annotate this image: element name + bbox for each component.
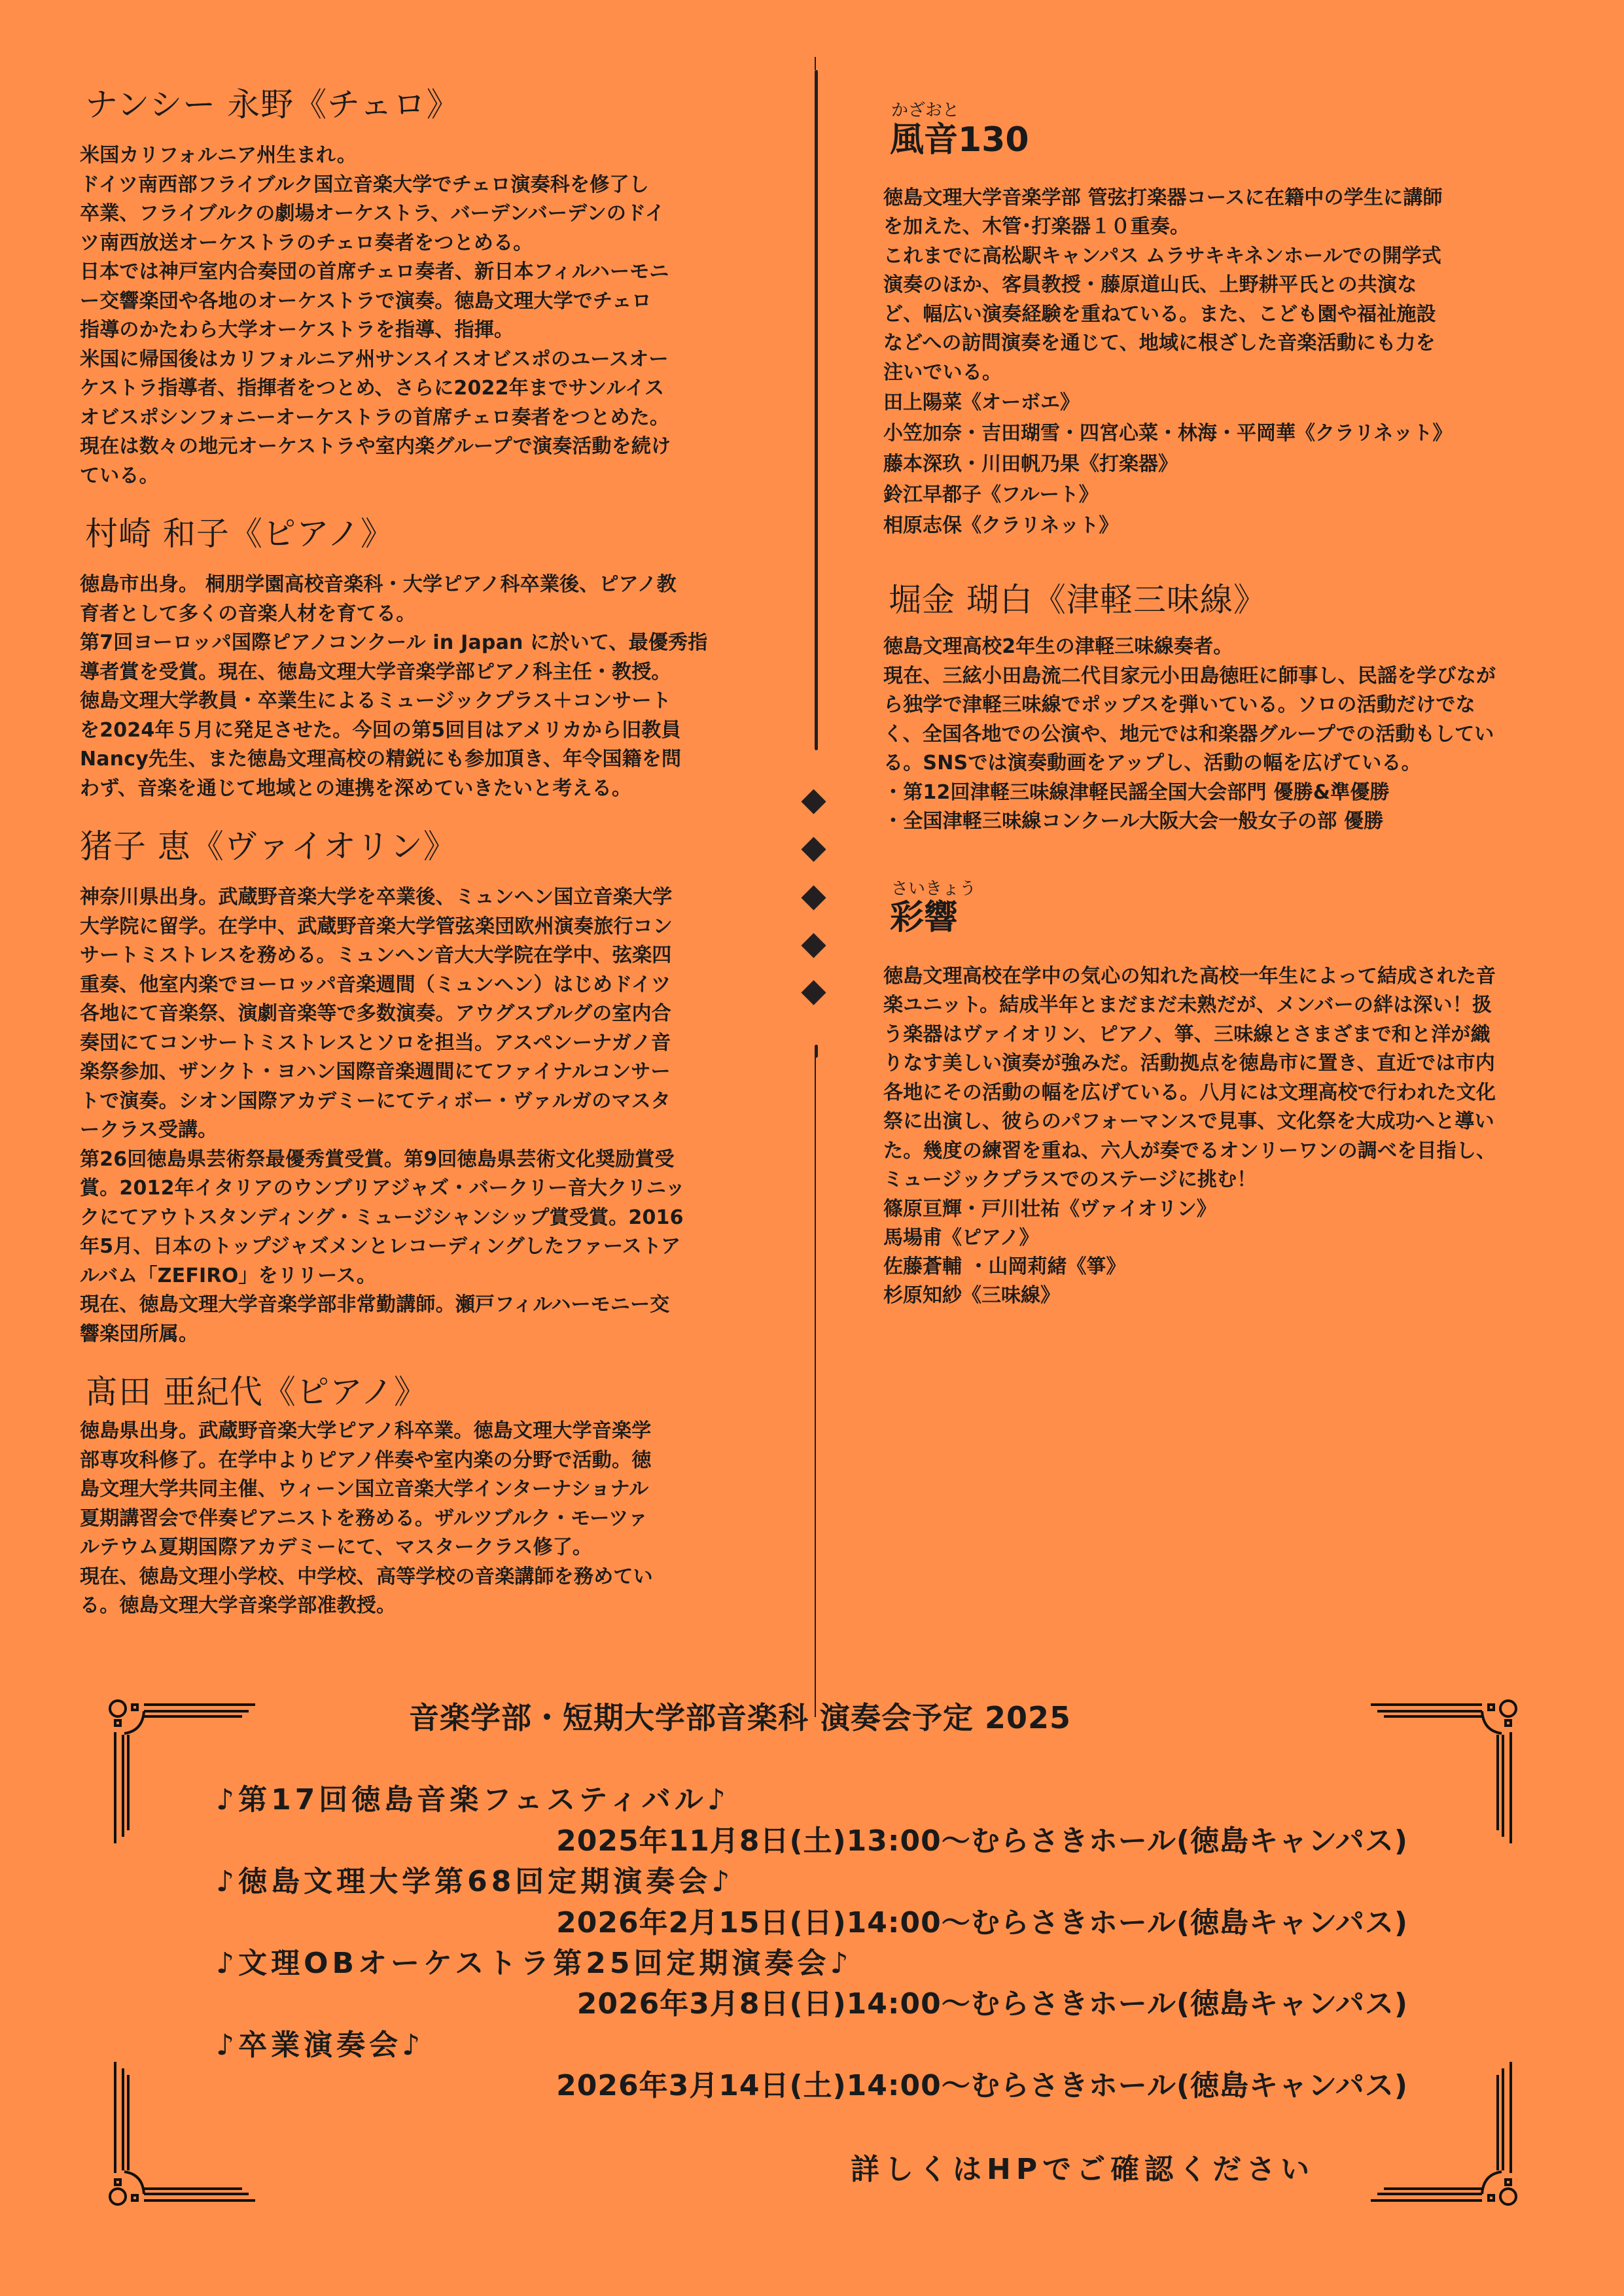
bio-line: 徳島文理高校在学中の気心の知れた高校一年生によって結成された音 — [883, 962, 1564, 992]
bio-line: 注いでいる。 — [883, 358, 1564, 388]
bio-line: わず、音楽を通じて地域との連携を深めていきたいと考える。 — [80, 774, 747, 804]
bio-line: ー交響楽団や各地のオーケストラで演奏。徳島文理大学でチェロ — [80, 287, 747, 317]
bio-line: 米国に帰国後はカリフォルニア州サンスイスオビスポのユースオー — [80, 345, 747, 375]
bio-line: ルテウム夏期国際アカデミーにて、マスタークラス修了。 — [80, 1533, 747, 1563]
bio-line: ケストラ指導者、指揮者をつとめ、さらに2022年までサンルイス — [80, 374, 747, 404]
event-date: 2026年3月8日(日)14:00～むらさきホール(徳島キャンパス) — [577, 1980, 1408, 2022]
bio-line: 演奏のほか、客員教授・藤原道山氏、上野耕平氏との共演な — [883, 271, 1564, 300]
bio-line: ・第12回津軽三味線津軽民謡全国大会部門 優勝&準優勝 — [883, 778, 1564, 808]
divider-line-bottom — [815, 1045, 818, 1058]
bio-line: る。徳島文理大学音楽学部准教授。 — [80, 1592, 747, 1621]
right-column: かざおと 風音130 徳島文理大学音楽学部 管弦打楽器コースに在籍中の学生に講師… — [883, 101, 1564, 1329]
member-list: 篠原亘輝・戸川壮祐《ヴァイオリン》 馬場甫《ピアノ》 佐藤蒼輔 ・山岡莉緒《箏》… — [883, 1195, 1564, 1310]
bio-line: サートミストレスを務める。ミュンヘン音大大学院在学中、弦楽四 — [80, 941, 747, 971]
member-line: 篠原亘輝・戸川壮祐《ヴァイオリン》 — [883, 1195, 1564, 1224]
bio-line: ら独学で津軽三味線でポップスを弾いている。ソロの活動だけでな — [883, 691, 1564, 720]
event-date: 2026年2月15日(日)14:00～むらさきホール(徳島キャンパス) — [556, 1899, 1408, 1941]
member-line: 藤本深玖・川田帆乃果《打楽器》 — [883, 449, 1564, 479]
member-list: 田上陽菜《オーボエ》 小笠加奈・吉田瑚雪・四宮心菜・林海・平岡華《クラリネット》… — [883, 387, 1564, 541]
bio-line: ど、幅広い演奏経験を重ねている。また、こども園や福祉施設 — [883, 300, 1564, 330]
member-line: 佐藤蒼輔 ・山岡莉緒《箏》 — [883, 1253, 1564, 1281]
profile-bio: 徳島市出身。 桐朋学園高校音楽科・大学ピアノ科卒業後、ピアノ教 育者として多くの… — [80, 570, 747, 803]
diamond-icon — [801, 837, 826, 861]
member-line: 杉原知紗《三味線》 — [883, 1281, 1564, 1310]
profile-inoko-megumi: 猪子 恵《ヴァイオリン》 神奈川県出身。武蔵野音楽大学を卒業後、ミュンヘン国立音… — [80, 827, 747, 1349]
footer-note: 詳しくはHPでご確認ください — [851, 2146, 1315, 2187]
profile-bio: 米国カリフォルニア州生まれ。 ドイツ南西部フライブルク国立音楽大学でチェロ演奏科… — [80, 141, 747, 491]
profile-name: 村崎 和子《ピアノ》 — [85, 514, 747, 553]
bio-line: 徳島文理大学音楽学部 管弦打楽器コースに在籍中の学生に講師 — [883, 184, 1564, 213]
group-bio: 徳島文理大学音楽学部 管弦打楽器コースに在籍中の学生に講師 を加えた、木管･打楽… — [883, 184, 1564, 388]
bio-line: 大学院に留学。在学中、武蔵野音楽大学管弦楽団欧州演奏旅行コン — [80, 913, 747, 942]
bio-line: 徳島県出身。武蔵野音楽大学ピアノ科卒業。徳島文理大学音楽学 — [80, 1417, 747, 1446]
event-name: ♪卒業演奏会♪ — [216, 2021, 424, 2063]
corner-ornament-top-left-icon — [105, 1688, 262, 1845]
bio-line: 徳島市出身。 桐朋学園高校音楽科・大学ピアノ科卒業後、ピアノ教 — [80, 570, 747, 600]
diamond-icon — [801, 885, 826, 910]
bio-line: を2024年５月に発足させた。今回の第5回目はアメリカから旧教員 — [80, 716, 747, 746]
member-line: 小笠加奈・吉田瑚雪・四宮心菜・林海・平岡華《クラリネット》 — [883, 418, 1564, 449]
group-name: 彩響 — [890, 899, 1564, 937]
diamond-icon — [801, 980, 826, 1005]
bio-line: た。幾度の練習を重ね、六人が奏でるオンリーワンの調べを目指し、 — [883, 1137, 1564, 1166]
member-line: 馬場甫《ピアノ》 — [883, 1224, 1564, 1253]
bio-line: 島文理大学共同主催、ウィーン国立音楽大学インターナショナル — [80, 1475, 747, 1505]
bio-line: りなす美しい演奏が強みだ。活動拠点を徳島市に置き、直近では市内 — [883, 1049, 1564, 1079]
bio-line: トで演奏。シオン国際アカデミーにてティボー・ヴァルガのマスタ — [80, 1087, 747, 1117]
divider-line-top — [815, 70, 818, 750]
bio-line: 楽ユニット。結成半年とまだまだ未熟だが、メンバーの絆は深い！扱 — [883, 991, 1564, 1020]
member-line: 鈴江早都子《フルート》 — [883, 479, 1564, 510]
diamond-icon — [801, 933, 826, 958]
bio-line: 現在、三絃小田島流二代目家元小田島徳旺に師事し、民謡を学びなが — [883, 662, 1564, 691]
corner-ornament-bottom-left-icon — [105, 2061, 262, 2218]
bio-line: 賞。2012年イタリアのウンブリアジャズ・バークリー音大クリニッ — [80, 1174, 747, 1204]
left-column: ナンシー 永野《チェロ》 米国カリフォルニア州生まれ。 ドイツ南西部フライブルク… — [80, 85, 747, 1639]
bio-line: Nancy先生、また徳島文理高校の精鋭にも参加頂き、年令国籍を問 — [80, 745, 747, 774]
event-name: ♪文理OBオーケストラ第25回定期演奏会♪ — [216, 1939, 853, 1981]
profile-bio: 神奈川県出身。武蔵野音楽大学を卒業後、ミュンヘン国立音楽大学 大学院に留学。在学… — [80, 883, 747, 1349]
profile-bio: 徳島文理高校2年生の津軽三味線奏者。 現在、三絃小田島流二代目家元小田島徳旺に師… — [883, 633, 1564, 837]
bio-line: 現在は数々の地元オーケストラや室内楽グループで演奏活動を続け — [80, 432, 747, 462]
bio-line: 楽祭参加、ザンクト・ヨハン国際音楽週間にてファイナルコンサー — [80, 1058, 747, 1087]
bio-line: ミュージックプラスでのステージに挑む！ — [883, 1166, 1564, 1195]
bio-line: 現在、徳島文理小学校、中学校、高等学校の音楽講師を務めてい — [80, 1563, 747, 1592]
bio-line: 育者として多くの音楽人材を育てる。 — [80, 600, 747, 629]
bio-line: 第7回ヨーロッパ国際ピアノコンクール in Japan に於いて、最優秀指 — [80, 629, 747, 658]
bio-line: ドイツ南西部フライブルク国立音楽大学でチェロ演奏科を修了し — [80, 171, 747, 200]
profile-horikane-kohaku: 堀金 瑚白《津軽三味線》 徳島文理高校2年生の津軽三味線奏者。 現在、三絃小田島… — [883, 580, 1564, 837]
divider-line-top-thin — [815, 57, 816, 70]
profile-bio: 徳島県出身。武蔵野音楽大学ピアノ科卒業。徳島文理大学音楽学 部専攻科修了。在学中… — [80, 1417, 747, 1621]
bio-line: 響楽団所属。 — [80, 1320, 747, 1349]
group-ruby: かざおと — [891, 101, 1564, 120]
bio-line: ・全国津軽三味線コンクール大阪大会一般女子の部 優勝 — [883, 807, 1564, 837]
bio-line: 祭に出演し、彼らのパフォーマンスで見事、文化祭を大成功へと導い — [883, 1107, 1564, 1137]
profile-nancy-nagano: ナンシー 永野《チェロ》 米国カリフォルニア州生まれ。 ドイツ南西部フライブルク… — [80, 85, 747, 491]
profile-name: 堀金 瑚白《津軽三味線》 — [889, 580, 1564, 619]
bio-line: 夏期講習会で伴奏ピアニストを務める。ザルツブルク・モーツァ — [80, 1505, 747, 1534]
bio-line: 年5月、日本のトップジャズメンとレコーディングしたファーストア — [80, 1232, 747, 1262]
bio-line: 徳島文理高校2年生の津軽三味線奏者。 — [883, 633, 1564, 662]
group-ruby: さいきょう — [891, 880, 1564, 899]
bio-line: ルバム「ZEFIRO」をリリース。 — [80, 1262, 747, 1291]
group-kazaoto: かざおと 風音130 徳島文理大学音楽学部 管弦打楽器コースに在籍中の学生に講師… — [883, 101, 1564, 541]
bio-line: 米国カリフォルニア州生まれ。 — [80, 141, 747, 171]
bio-line: オビスポシンフォニーオーケストラの首席チェロ奏者をつとめた。 — [80, 404, 747, 433]
bio-line: ークラス受講。 — [80, 1116, 747, 1145]
bio-line: 重奏、他室内楽でヨーロッパ音楽週間（ミュンヘン）はじめドイツ — [80, 971, 747, 1000]
bio-line: 現在、徳島文理大学音楽学部非常勤講師。瀬戸フィルハーモニー交 — [80, 1291, 747, 1320]
bio-line: く、全国各地での公演や、地元では和楽器グループでの活動もしてい — [883, 720, 1564, 750]
member-line: 田上陽菜《オーボエ》 — [883, 387, 1564, 418]
bio-line: 各地にて音楽祭、演劇音楽等で多数演奏。アウグスブルグの室内合 — [80, 1000, 747, 1029]
divider-line-bottom-thin — [815, 1056, 816, 1717]
group-saikyo: さいきょう 彩響 徳島文理高校在学中の気心の知れた高校一年生によって結成された音… — [883, 880, 1564, 1310]
bio-line: 各地にその活動の幅を広げている。八月には文理高校で行われた文化 — [883, 1079, 1564, 1108]
bio-line: 指導のかたわら大学オーケストラを指導、指揮。 — [80, 316, 747, 345]
event-date: 2025年11月8日(土)13:00～むらさきホール(徳島キャンパス) — [556, 1817, 1408, 1859]
bio-line: ている。 — [80, 462, 747, 491]
profile-takada-akiyo: 髙田 亜紀代《ピアノ》 徳島県出身。武蔵野音楽大学ピアノ科卒業。徳島文理大学音楽… — [80, 1372, 747, 1621]
bio-line: 部専攻科修了。在学中よりピアノ伴奏や室内楽の分野で活動。徳 — [80, 1446, 747, 1476]
group-bio: 徳島文理高校在学中の気心の知れた高校一年生によって結成された音 楽ユニット。結成… — [883, 962, 1564, 1195]
bio-line: 徳島文理大学教員・卒業生によるミュージックプラス＋コンサート — [80, 687, 747, 716]
diamond-icon — [801, 789, 826, 814]
bio-line: などへの訪問演奏を通じて、地域に根ざした音楽活動にも力を — [883, 329, 1564, 358]
bio-line: これまでに高松駅キャンパス ムラサキキネンホールでの開学式 — [883, 242, 1564, 271]
schedule-title: 音楽学部・短期大学部音楽科 演奏会予定 2025 — [409, 1694, 1071, 1737]
bio-line: る。SNSでは演奏動画をアップし、活動の幅を広げている。 — [883, 749, 1564, 778]
bio-line: ツ南西放送オーケストラのチェロ奏者をつとめる。 — [80, 229, 747, 258]
profile-name: 髙田 亜紀代《ピアノ》 — [85, 1372, 747, 1412]
profile-name: 猪子 恵《ヴァイオリン》 — [80, 827, 747, 866]
bio-line: う楽器はヴァイオリン、ピアノ、箏、三味線とさまざまで和と洋が織 — [883, 1020, 1564, 1050]
member-line: 相原志保《クラリネット》 — [883, 510, 1564, 541]
bio-line: 導者賞を受賞。現在、徳島文理大学音楽学部ピアノ科主任・教授。 — [80, 658, 747, 687]
bio-line: 神奈川県出身。武蔵野音楽大学を卒業後、ミュンヘン国立音楽大学 — [80, 883, 747, 913]
event-name: ♪徳島文理大学第68回定期演奏会♪ — [216, 1858, 733, 1900]
bio-line: 第26回徳島県芸術祭最優秀賞受賞。第9回徳島県芸術文化奨励賞受 — [80, 1145, 747, 1175]
bio-line: を加えた、木管･打楽器１０重奏。 — [883, 213, 1564, 242]
bio-line: クにてアウトスタンディング・ミュージシャンシップ賞受賞。2016 — [80, 1204, 747, 1233]
profile-name: ナンシー 永野《チェロ》 — [85, 85, 747, 124]
bio-line: 奏団にてコンサートミストレスとソロを担当。アスペンーナガノ音 — [80, 1029, 747, 1058]
event-date: 2026年3月14日(土)14:00～むらさきホール(徳島キャンパス) — [556, 2062, 1408, 2104]
bio-line: 卒業、フライブルクの劇場オーケストラ、バーデンバーデンのドイ — [80, 200, 747, 229]
group-name: 風音130 — [890, 122, 1564, 159]
profile-murasaki-kazuko: 村崎 和子《ピアノ》 徳島市出身。 桐朋学園高校音楽科・大学ピアノ科卒業後、ピア… — [80, 514, 747, 803]
event-name: ♪第17回徳島音楽フェスティバル♪ — [216, 1776, 730, 1818]
bio-line: 日本では神戸室内合奏団の首席チェロ奏者、新日本フィルハーモニ — [80, 258, 747, 287]
